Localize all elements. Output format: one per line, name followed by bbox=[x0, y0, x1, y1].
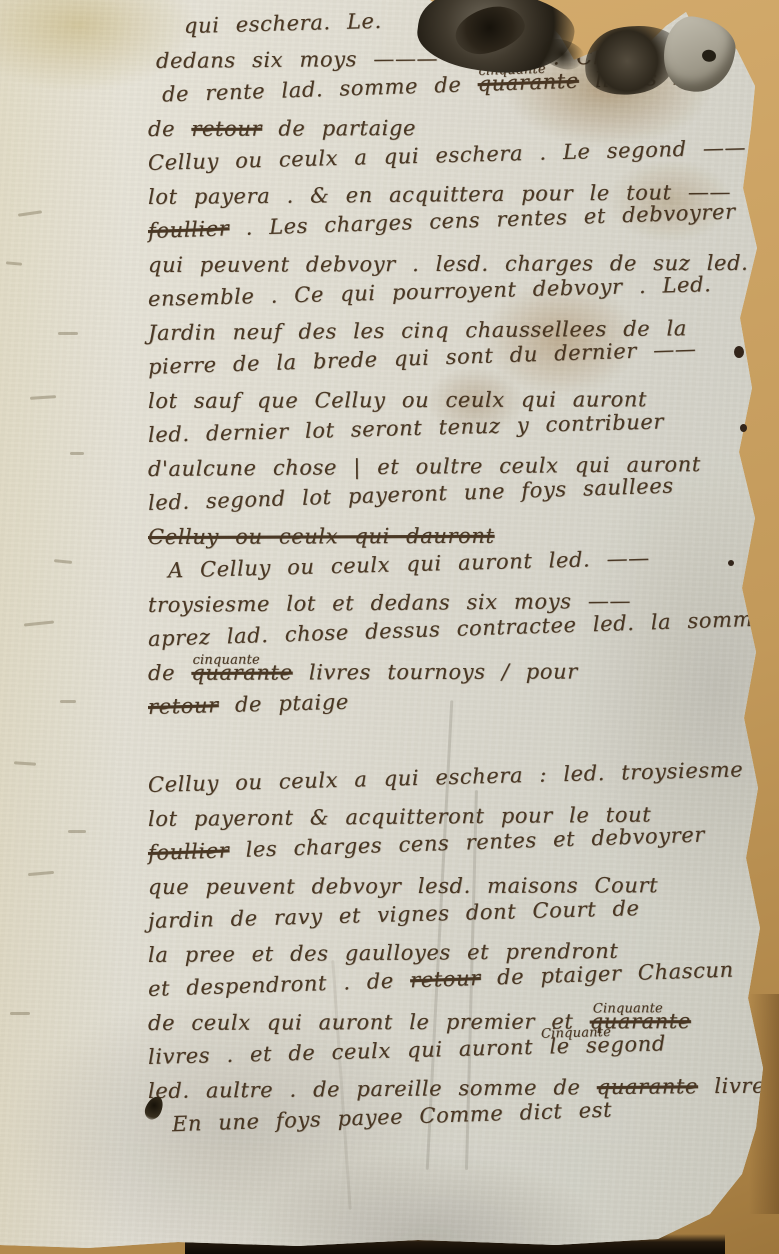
burn-speck bbox=[701, 49, 717, 63]
ink-text: de ptaiger Chascun bbox=[480, 958, 734, 990]
second-lot-block: Celluy ou ceulx a qui eschera . Le segon… bbox=[148, 146, 764, 724]
manuscript-paper: qui eschera. Le.dedans six moys ———la . … bbox=[0, 0, 779, 1254]
ink-text: A Celluy ou ceulx qui auront led. —— bbox=[168, 546, 650, 583]
ink-text: Celluy ou ceulx a qui eschera : led. tro… bbox=[148, 757, 744, 797]
ink-showthrough-mark bbox=[10, 1012, 30, 1015]
third-lot-block: Celluy ou ceulx a qui eschera : led. tro… bbox=[148, 768, 764, 1142]
struck-out-text: foullier bbox=[148, 838, 230, 865]
ink-showthrough-mark bbox=[58, 332, 78, 335]
struck-out-text: retour bbox=[191, 117, 262, 141]
struck-out-text: retour bbox=[410, 966, 481, 992]
ink-text: led. dernier lot seront tenuz y contribu… bbox=[148, 409, 665, 447]
struck-out-text: Celluy ou ceulx qui dauront bbox=[148, 524, 495, 549]
ink-showthrough-mark bbox=[60, 700, 76, 703]
ink-text: de ptaige bbox=[218, 690, 349, 717]
photo-background: qui eschera. Le.dedans six moys ———la . … bbox=[0, 0, 779, 1254]
ink-text: de bbox=[148, 661, 191, 685]
ink-text: jardin de ravy et vignes dont Court de bbox=[148, 896, 640, 933]
ink-showthrough-mark bbox=[68, 830, 86, 833]
edge-speck bbox=[740, 424, 747, 432]
manuscript-text: qui eschera. Le.dedans six moys ———la . … bbox=[148, 10, 764, 1142]
ink-showthrough-mark bbox=[70, 452, 84, 455]
edge-speck bbox=[734, 346, 744, 358]
ink-text: livres . et de ceulx qui auront bbox=[148, 1034, 550, 1069]
ink-text: de partaige bbox=[262, 116, 416, 141]
struck-out-text: retour bbox=[148, 693, 219, 719]
manuscript-line: Celluy ou ceulx a qui eschera : led. tro… bbox=[148, 752, 765, 802]
ink-text: de rente lad. somme de bbox=[162, 72, 478, 106]
ink-text: qui eschera. Le. bbox=[184, 9, 382, 38]
ink-text: de bbox=[148, 117, 191, 141]
ink-text: et despendront . de bbox=[148, 968, 411, 1001]
struck-out-text: foullier bbox=[148, 216, 230, 243]
edge-speck bbox=[728, 560, 734, 566]
